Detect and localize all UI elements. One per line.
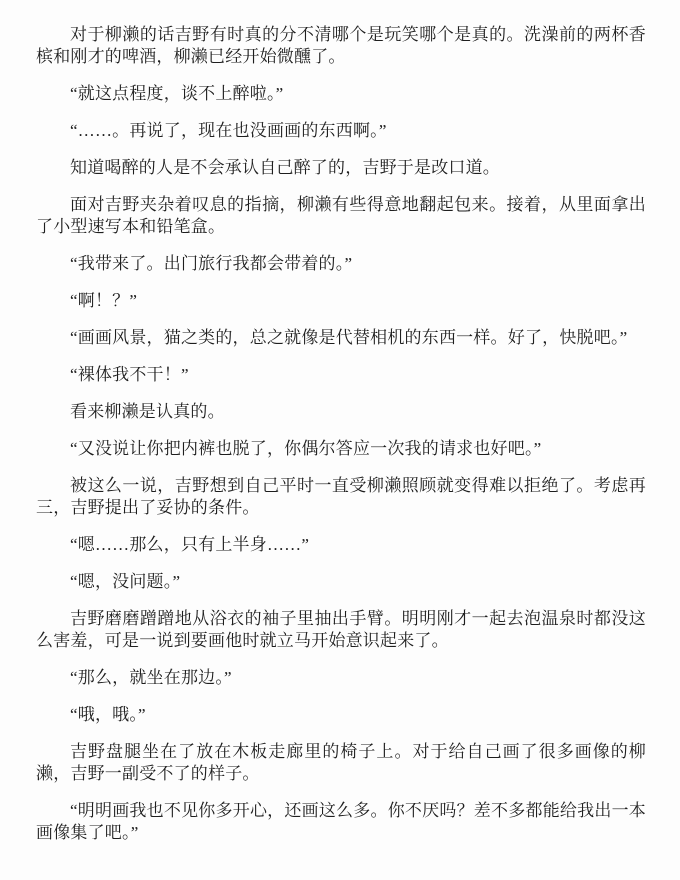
paragraph: 被这么一说，吉野想到自己平时一直受柳濑照顾就变得难以拒绝了。考虑再三，吉野提出了… bbox=[36, 475, 646, 519]
paragraph: “画画风景，猫之类的，总之就像是代替相机的东西一样。好了，快脱吧。” bbox=[36, 327, 646, 349]
paragraph: “裸体我不干！” bbox=[36, 364, 646, 386]
paragraph: “我带来了。出门旅行我都会带着的。” bbox=[36, 253, 646, 275]
document-page: 对于柳濑的话吉野有时真的分不清哪个是玩笑哪个是真的。洗澡前的两杯香槟和刚才的啤酒… bbox=[0, 0, 680, 880]
paragraph: 吉野磨磨蹭蹭地从浴衣的袖子里抽出手臂。明明刚才一起去泡温泉时都没这么害羞，可是一… bbox=[36, 608, 646, 652]
paragraph: 面对吉野夹杂着叹息的指摘，柳濑有些得意地翻起包来。接着，从里面拿出了小型速写本和… bbox=[36, 194, 646, 238]
paragraph: 对于柳濑的话吉野有时真的分不清哪个是玩笑哪个是真的。洗澡前的两杯香槟和刚才的啤酒… bbox=[36, 24, 646, 68]
paragraph: “……。再说了，现在也没画画的东西啊。” bbox=[36, 120, 646, 142]
paragraph: “明明画我也不见你多开心，还画这么多。你不厌吗？差不多都能给我出一本画像集了吧。… bbox=[36, 800, 646, 844]
paragraph: “啊！？” bbox=[36, 290, 646, 312]
paragraph: “那么，就坐在那边。” bbox=[36, 667, 646, 689]
paragraph: 看来柳濑是认真的。 bbox=[36, 401, 646, 423]
paragraph: “又没说让你把内裤也脱了，你偶尔答应一次我的请求也好吧。” bbox=[36, 438, 646, 460]
paragraph: “嗯……那么，只有上半身……” bbox=[36, 534, 646, 556]
paragraph: 知道喝醉的人是不会承认自己醉了的，吉野于是改口道。 bbox=[36, 157, 646, 179]
paragraph: “嗯，没问题。” bbox=[36, 571, 646, 593]
paragraph: 吉野盘腿坐在了放在木板走廊里的椅子上。对于给自己画了很多画像的柳濑，吉野一副受不… bbox=[36, 741, 646, 785]
paragraph: “哦，哦。” bbox=[36, 704, 646, 726]
paragraph: “就这点程度，谈不上醉啦。” bbox=[36, 83, 646, 105]
